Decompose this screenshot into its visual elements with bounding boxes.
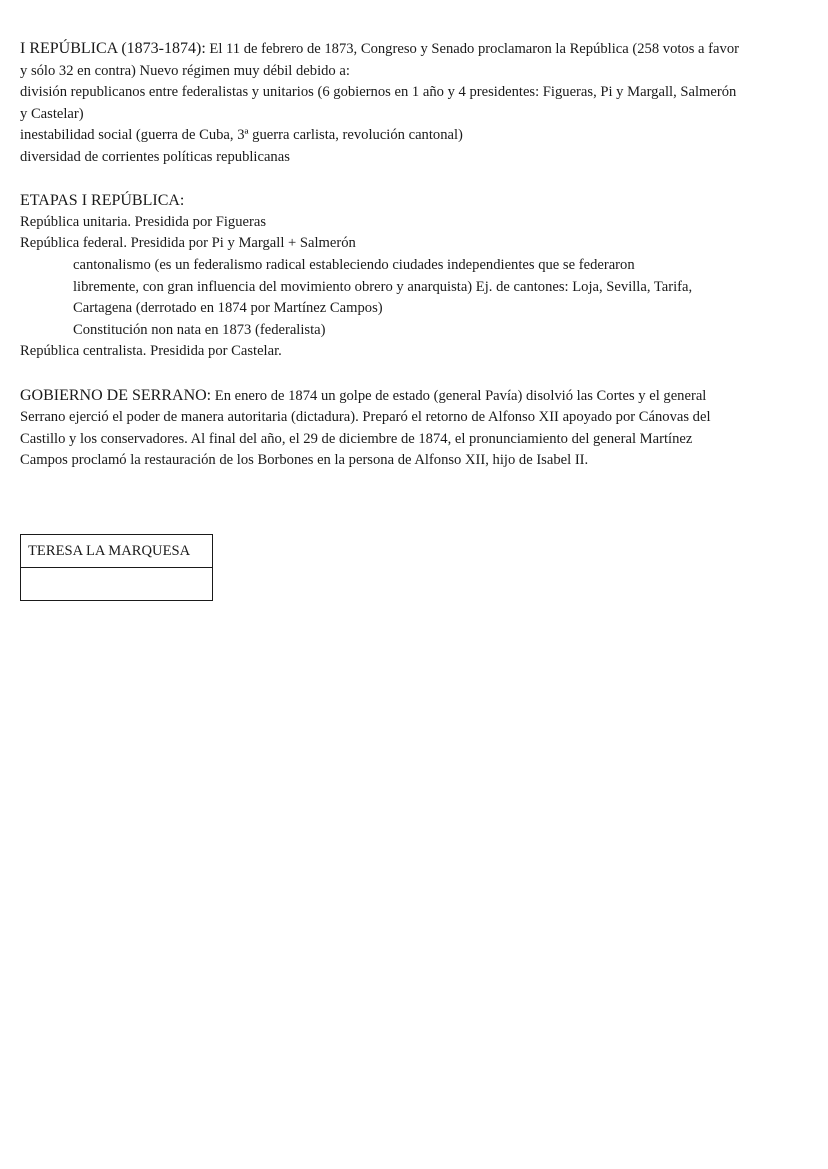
paragraph-gap bbox=[20, 363, 810, 385]
etapa-sub-item: Constitución non nata en 1873 (federalis… bbox=[20, 320, 810, 342]
section1-heading: I REPÚBLICA (1873-1874): bbox=[20, 40, 206, 57]
section3-line: Campos proclamó la restauración de los B… bbox=[20, 450, 810, 472]
section1-line: y sólo 32 en contra) Nuevo régimen muy d… bbox=[20, 61, 810, 83]
etapa-sub-item: cantonalismo (es un federalismo radical … bbox=[20, 255, 810, 277]
section1-line: y Castelar) bbox=[20, 104, 810, 126]
etapa-sub-item: Cartagena (derrotado en 1874 por Martíne… bbox=[20, 298, 810, 320]
document-page: I REPÚBLICA (1873-1874): El 11 de febrer… bbox=[20, 38, 810, 472]
etapa-item: República federal. Presidida por Pi y Ma… bbox=[20, 233, 810, 255]
signature-table: TERESA LA MARQUESA bbox=[20, 534, 213, 601]
section2-heading: ETAPAS I REPÚBLICA: bbox=[20, 190, 810, 212]
section-primera-republica: I REPÚBLICA (1873-1874): El 11 de febrer… bbox=[20, 38, 810, 169]
table-row: TERESA LA MARQUESA bbox=[21, 535, 213, 568]
etapa-item: República centralista. Presidida por Cas… bbox=[20, 341, 810, 363]
section1-line: inestabilidad social (guerra de Cuba, 3ª… bbox=[20, 125, 810, 147]
section-etapas: ETAPAS I REPÚBLICA: República unitaria. … bbox=[20, 190, 810, 363]
section1-first-line: I REPÚBLICA (1873-1874): El 11 de febrer… bbox=[20, 38, 810, 61]
section3-line: Serrano ejerció el poder de manera autor… bbox=[20, 407, 810, 429]
etapa-sub-item: libremente, con gran influencia del movi… bbox=[20, 277, 810, 299]
section-gobierno-serrano: GOBIERNO DE SERRANO: En enero de 1874 un… bbox=[20, 385, 810, 472]
empty-cell bbox=[21, 568, 213, 601]
section1-line: diversidad de corrientes políticas repub… bbox=[20, 147, 810, 169]
section3-heading: GOBIERNO DE SERRANO: bbox=[20, 387, 211, 404]
paragraph-gap bbox=[20, 169, 810, 191]
table-row bbox=[21, 568, 213, 601]
section1-intro-text: El 11 de febrero de 1873, Congreso y Sen… bbox=[206, 41, 739, 57]
etapa-item: República unitaria. Presidida por Figuer… bbox=[20, 212, 810, 234]
section3-first-line: GOBIERNO DE SERRANO: En enero de 1874 un… bbox=[20, 385, 810, 408]
section3-intro-text: En enero de 1874 un golpe de estado (gen… bbox=[211, 388, 706, 404]
author-name-cell: TERESA LA MARQUESA bbox=[21, 535, 213, 568]
section3-line: Castillo y los conservadores. Al final d… bbox=[20, 429, 810, 451]
section1-line: división republicanos entre federalistas… bbox=[20, 82, 810, 104]
